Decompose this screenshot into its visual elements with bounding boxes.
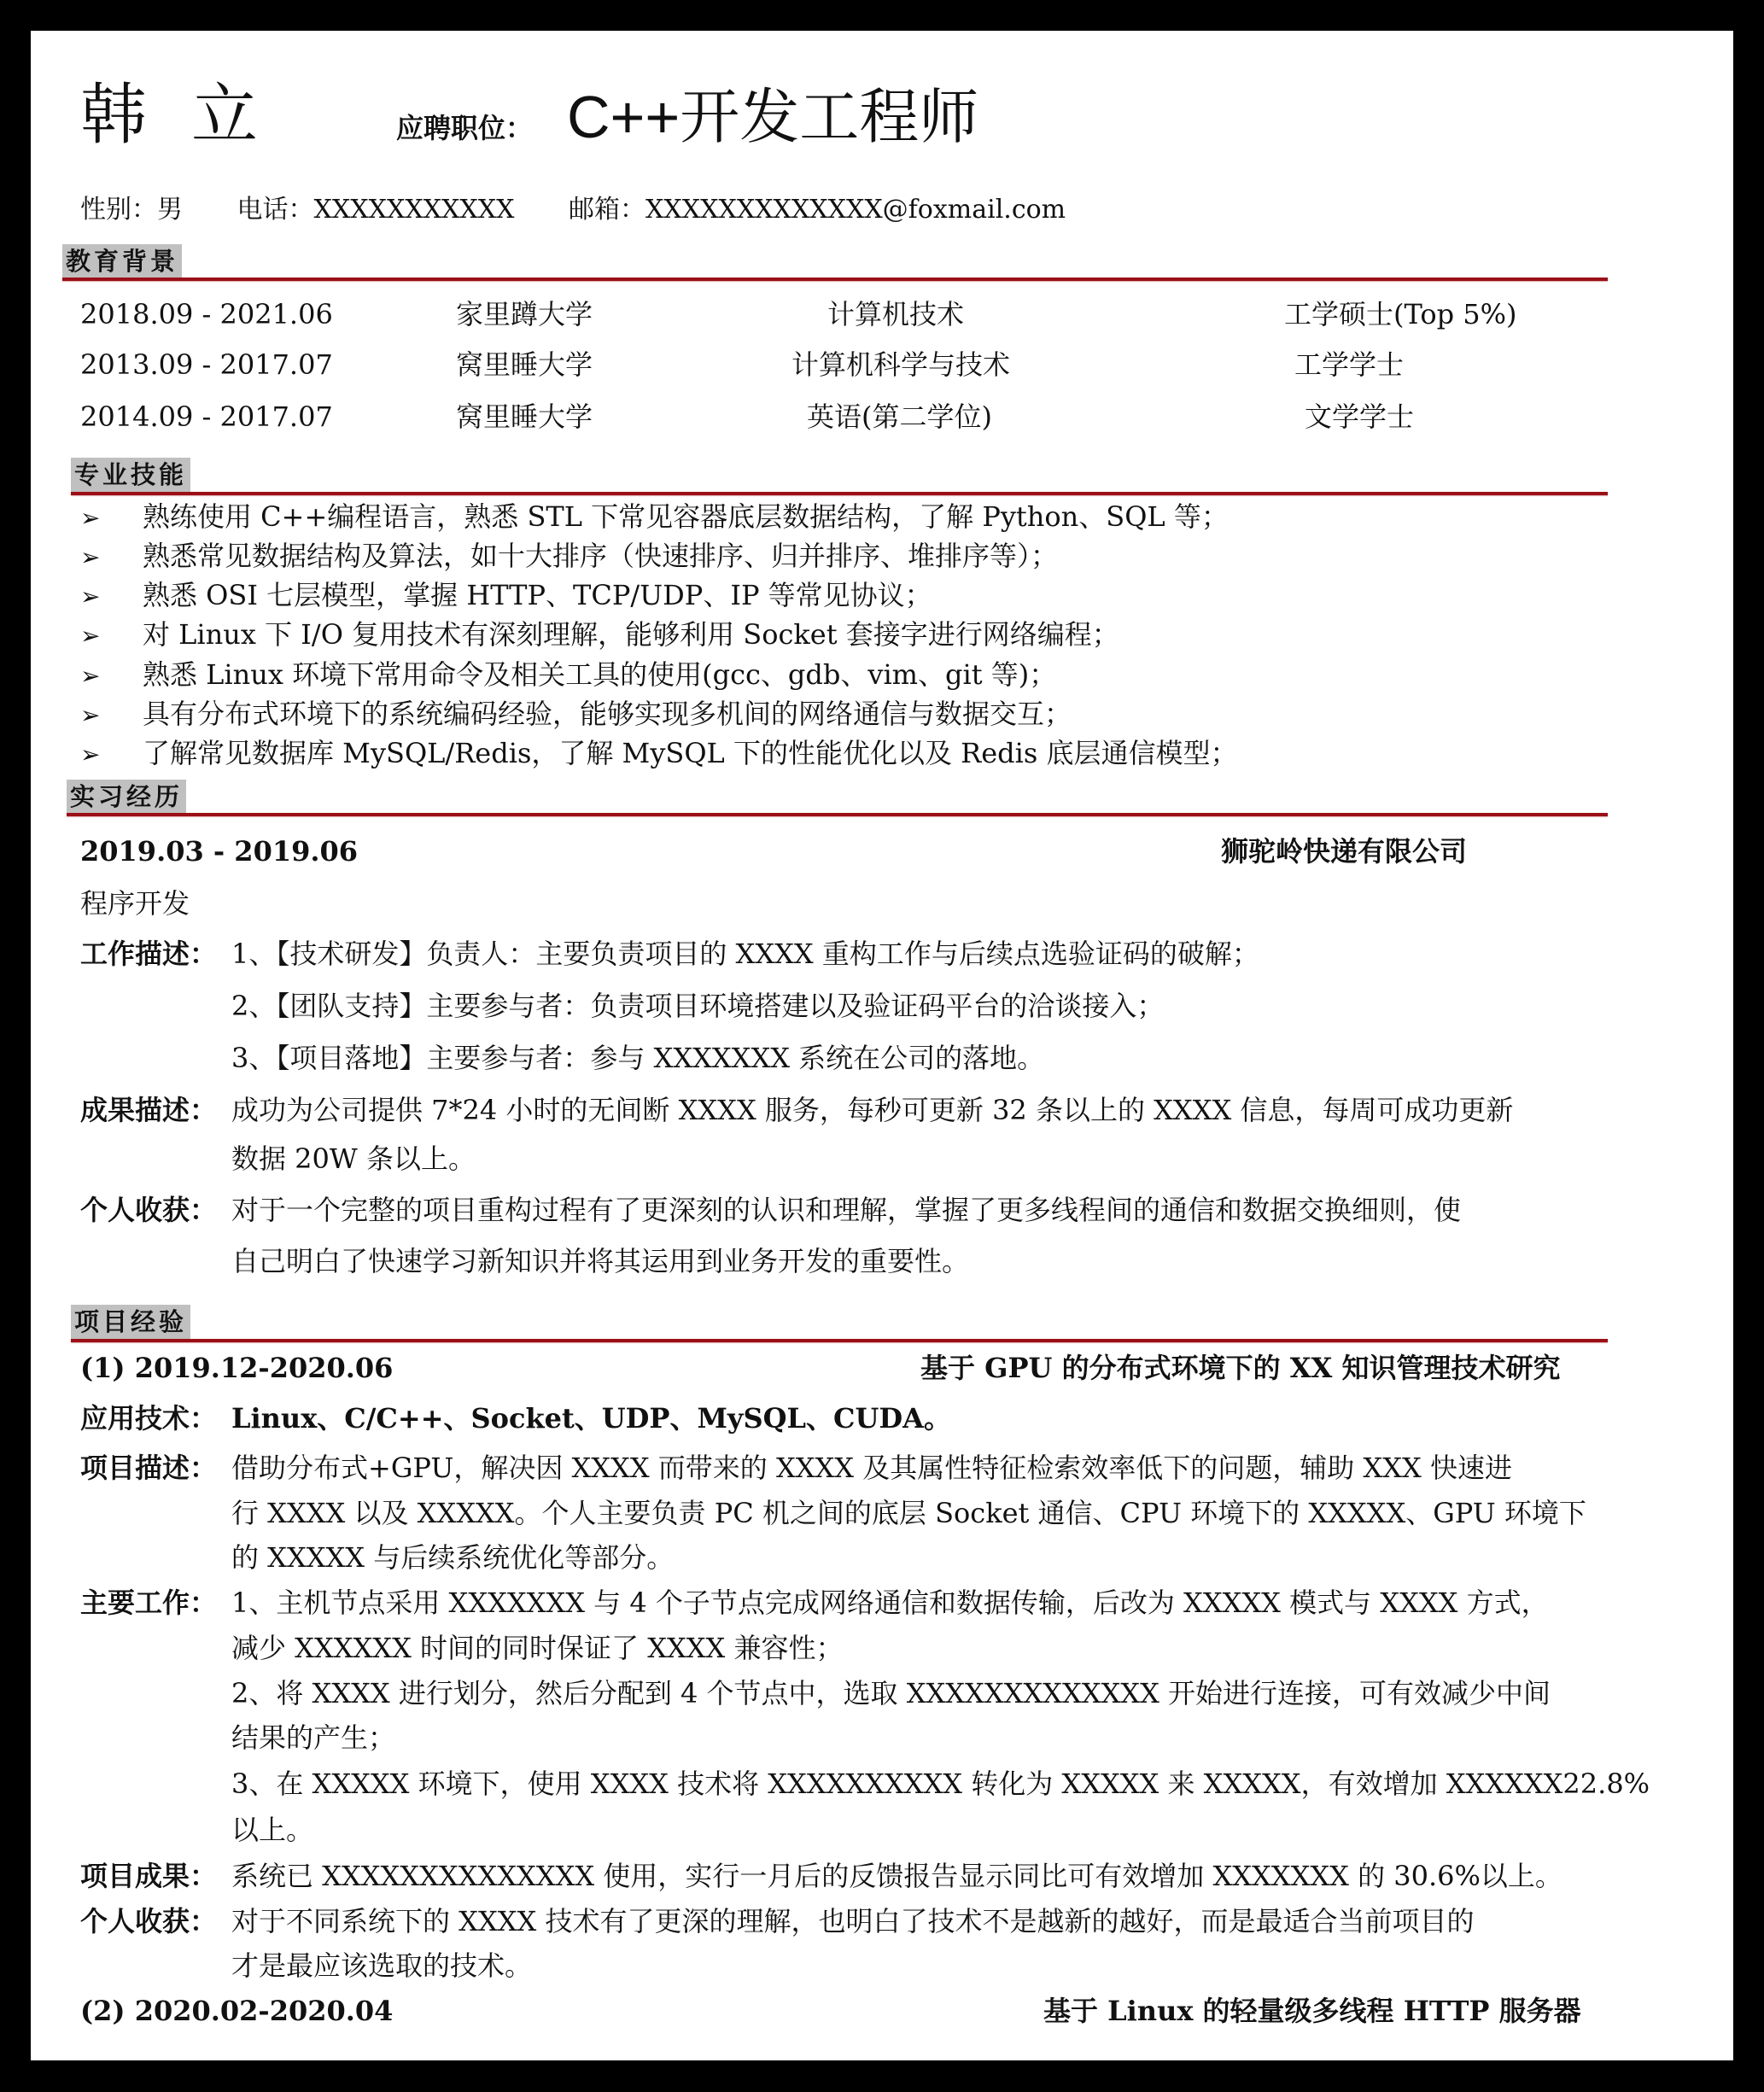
edu-major: 计算机技术: [827, 301, 964, 328]
edu-school: 窝里睡大学: [456, 403, 593, 430]
result-label: 成果描述：: [80, 1096, 217, 1124]
work-desc-item: 1、【技术研发】负责人：主要负责项目的 XXXX 重构工作与后续点选验证码的破解…: [231, 940, 1259, 967]
gain-line: 自己明白了快速学习新知识并将其运用到业务开发的重要性。: [231, 1248, 969, 1275]
skill-item: ➢对 Linux 下 I/O 复用技术有深刻理解，能够利用 Socket 套接字…: [80, 621, 100, 648]
edu-period: 2013.09 - 2017.07: [80, 351, 333, 378]
arrow-bullet-icon: ➢: [80, 582, 100, 611]
arrow-bullet-icon: ➢: [80, 622, 100, 650]
project-name: 基于 Linux 的轻量级多线程 HTTP 服务器: [1043, 1997, 1581, 2025]
desc-line: 借助分布式+GPU，解决因 XXXX 而带来的 XXXX 及其属性特征检索效率低…: [231, 1454, 1512, 1481]
project-result-label: 项目成果：: [80, 1862, 217, 1890]
project-gain-line: 对于不同系统下的 XXXX 技术有了更深的理解，也明白了技术不是越新的越好，而是…: [231, 1908, 1474, 1935]
skill-item: ➢熟悉常见数据结构及算法，如十大排序（快速排序、归并排序、堆排序等）；: [80, 542, 100, 570]
section-title-internship: 实习经历: [67, 780, 186, 814]
work-desc-item: 3、【项目落地】主要参与者：参与 XXXXXXX 系统在公司的落地。: [231, 1044, 1044, 1072]
gender: 性别：男: [80, 195, 183, 225]
edu-degree: 工学学士: [1294, 351, 1404, 378]
section-rule: [71, 1339, 1608, 1342]
section-rule: [71, 492, 1608, 495]
position-label: 应聘职位：: [396, 114, 533, 142]
skill-item: ➢熟悉 Linux 环境下常用命令及相关工具的使用(gcc、gdb、vim、gi…: [80, 661, 100, 688]
result-line: 数据 20W 条以上。: [231, 1145, 476, 1172]
section-rule: [62, 278, 1608, 281]
phone: 电话：XXXXXXXXXXX: [237, 195, 515, 225]
email: 邮箱：XXXXXXXXXXXXX@foxmail.com: [569, 195, 1066, 225]
edu-period: 2014.09 - 2017.07: [80, 403, 333, 430]
edu-school: 窝里睡大学: [456, 351, 593, 378]
edu-major: 英语(第二学位): [807, 403, 992, 430]
tech-label: 应用技术：: [80, 1405, 217, 1432]
desc-line: 的 XXXXX 与后续系统优化等部分。: [231, 1544, 674, 1571]
gain-line: 对于一个完整的项目重构过程有了更深刻的认识和理解，掌握了更多线程间的通信和数据交…: [231, 1196, 1461, 1224]
candidate-name: 韩立: [80, 82, 302, 149]
resume-page: 韩立 应聘职位： C++开发工程师 性别：男 电话：XXXXXXXXXXX 邮箱…: [31, 31, 1733, 2060]
edu-period: 2018.09 - 2021.06: [80, 301, 333, 328]
work-desc-label: 工作描述：: [80, 940, 217, 967]
main-work-line: 结果的产生；: [231, 1724, 395, 1751]
position-value: C++开发工程师: [567, 87, 978, 147]
project-gain-line: 才是最应该选取的技术。: [231, 1952, 532, 1979]
section-title-education: 教育背景: [62, 244, 182, 278]
skill-item: ➢具有分布式环境下的系统编码经验，能够实现多机间的网络通信与数据交互；: [80, 700, 100, 728]
internship-period: 2019.03 - 2019.06: [80, 838, 358, 865]
arrow-bullet-icon: ➢: [80, 504, 100, 532]
main-work-line: 3、在 XXXXX 环境下，使用 XXXX 技术将 XXXXXXXXXX 转化为…: [231, 1770, 1650, 1797]
skill-item: ➢熟练使用 C++编程语言，熟悉 STL 下常见容器底层数据结构，了解 Pyth…: [80, 503, 100, 530]
edu-school: 家里蹲大学: [456, 301, 593, 328]
main-work-line: 2、将 XXXX 进行划分，然后分配到 4 个节点中，选取 XXXXXXXXXX…: [231, 1680, 1551, 1707]
section-title-projects: 项目经验: [71, 1305, 190, 1339]
main-work-line: 1、主机节点采用 XXXXXXX 与 4 个子节点完成网络通信和数据传输，后改为…: [231, 1589, 1549, 1616]
main-work-line: 减少 XXXXXX 时间的同时保证了 XXXX 兼容性；: [231, 1634, 844, 1662]
work-desc-item: 2、【团队支持】主要参与者：负责项目环境搭建以及验证码平台的洽谈接入；: [231, 992, 1164, 1020]
section-rule: [67, 813, 1608, 816]
internship-role: 程序开发: [80, 890, 190, 917]
arrow-bullet-icon: ➢: [80, 662, 100, 690]
edu-degree: 工学硕士(Top 5%): [1284, 301, 1517, 328]
project-name: 基于 GPU 的分布式环境下的 XX 知识管理技术研究: [920, 1354, 1561, 1382]
main-work-line: 以上。: [231, 1816, 313, 1844]
edu-major: 计算机科学与技术: [791, 351, 1010, 378]
project-result: 系统已 XXXXXXXXXXXXXX 使用，实行一月后的反馈报告显示同比可有效增…: [231, 1862, 1562, 1890]
arrow-bullet-icon: ➢: [80, 740, 100, 768]
edu-degree: 文学学士: [1305, 403, 1414, 430]
project-gain-label: 个人收获：: [80, 1908, 217, 1935]
skill-item: ➢了解常见数据库 MySQL/Redis，了解 MySQL 下的性能优化以及 R…: [80, 739, 100, 767]
desc-line: 行 XXXX 以及 XXXXX。个人主要负责 PC 机之间的底层 Socket …: [231, 1499, 1586, 1527]
project-period: (2) 2020.02-2020.04: [80, 1997, 393, 2025]
main-work-label: 主要工作：: [80, 1589, 217, 1616]
gain-label: 个人收获：: [80, 1196, 217, 1224]
arrow-bullet-icon: ➢: [80, 701, 100, 729]
contact-line: 性别：男 电话：XXXXXXXXXXX 邮箱：XXXXXXXXXXXXX@fox…: [80, 195, 1112, 225]
tech-value: Linux、C/C++、Socket、UDP、MySQL、CUDA。: [231, 1405, 951, 1432]
arrow-bullet-icon: ➢: [80, 543, 100, 571]
section-title-skills: 专业技能: [71, 458, 190, 492]
result-line: 成功为公司提供 7*24 小时的无间断 XXXX 服务，每秒可更新 32 条以上…: [231, 1096, 1513, 1124]
skill-item: ➢熟悉 OSI 七层模型，掌握 HTTP、TCP/UDP、IP 等常见协议；: [80, 581, 100, 609]
internship-company: 狮驼岭快递有限公司: [1221, 838, 1467, 865]
desc-label: 项目描述：: [80, 1454, 217, 1481]
project-period: (1) 2019.12-2020.06: [80, 1354, 393, 1382]
